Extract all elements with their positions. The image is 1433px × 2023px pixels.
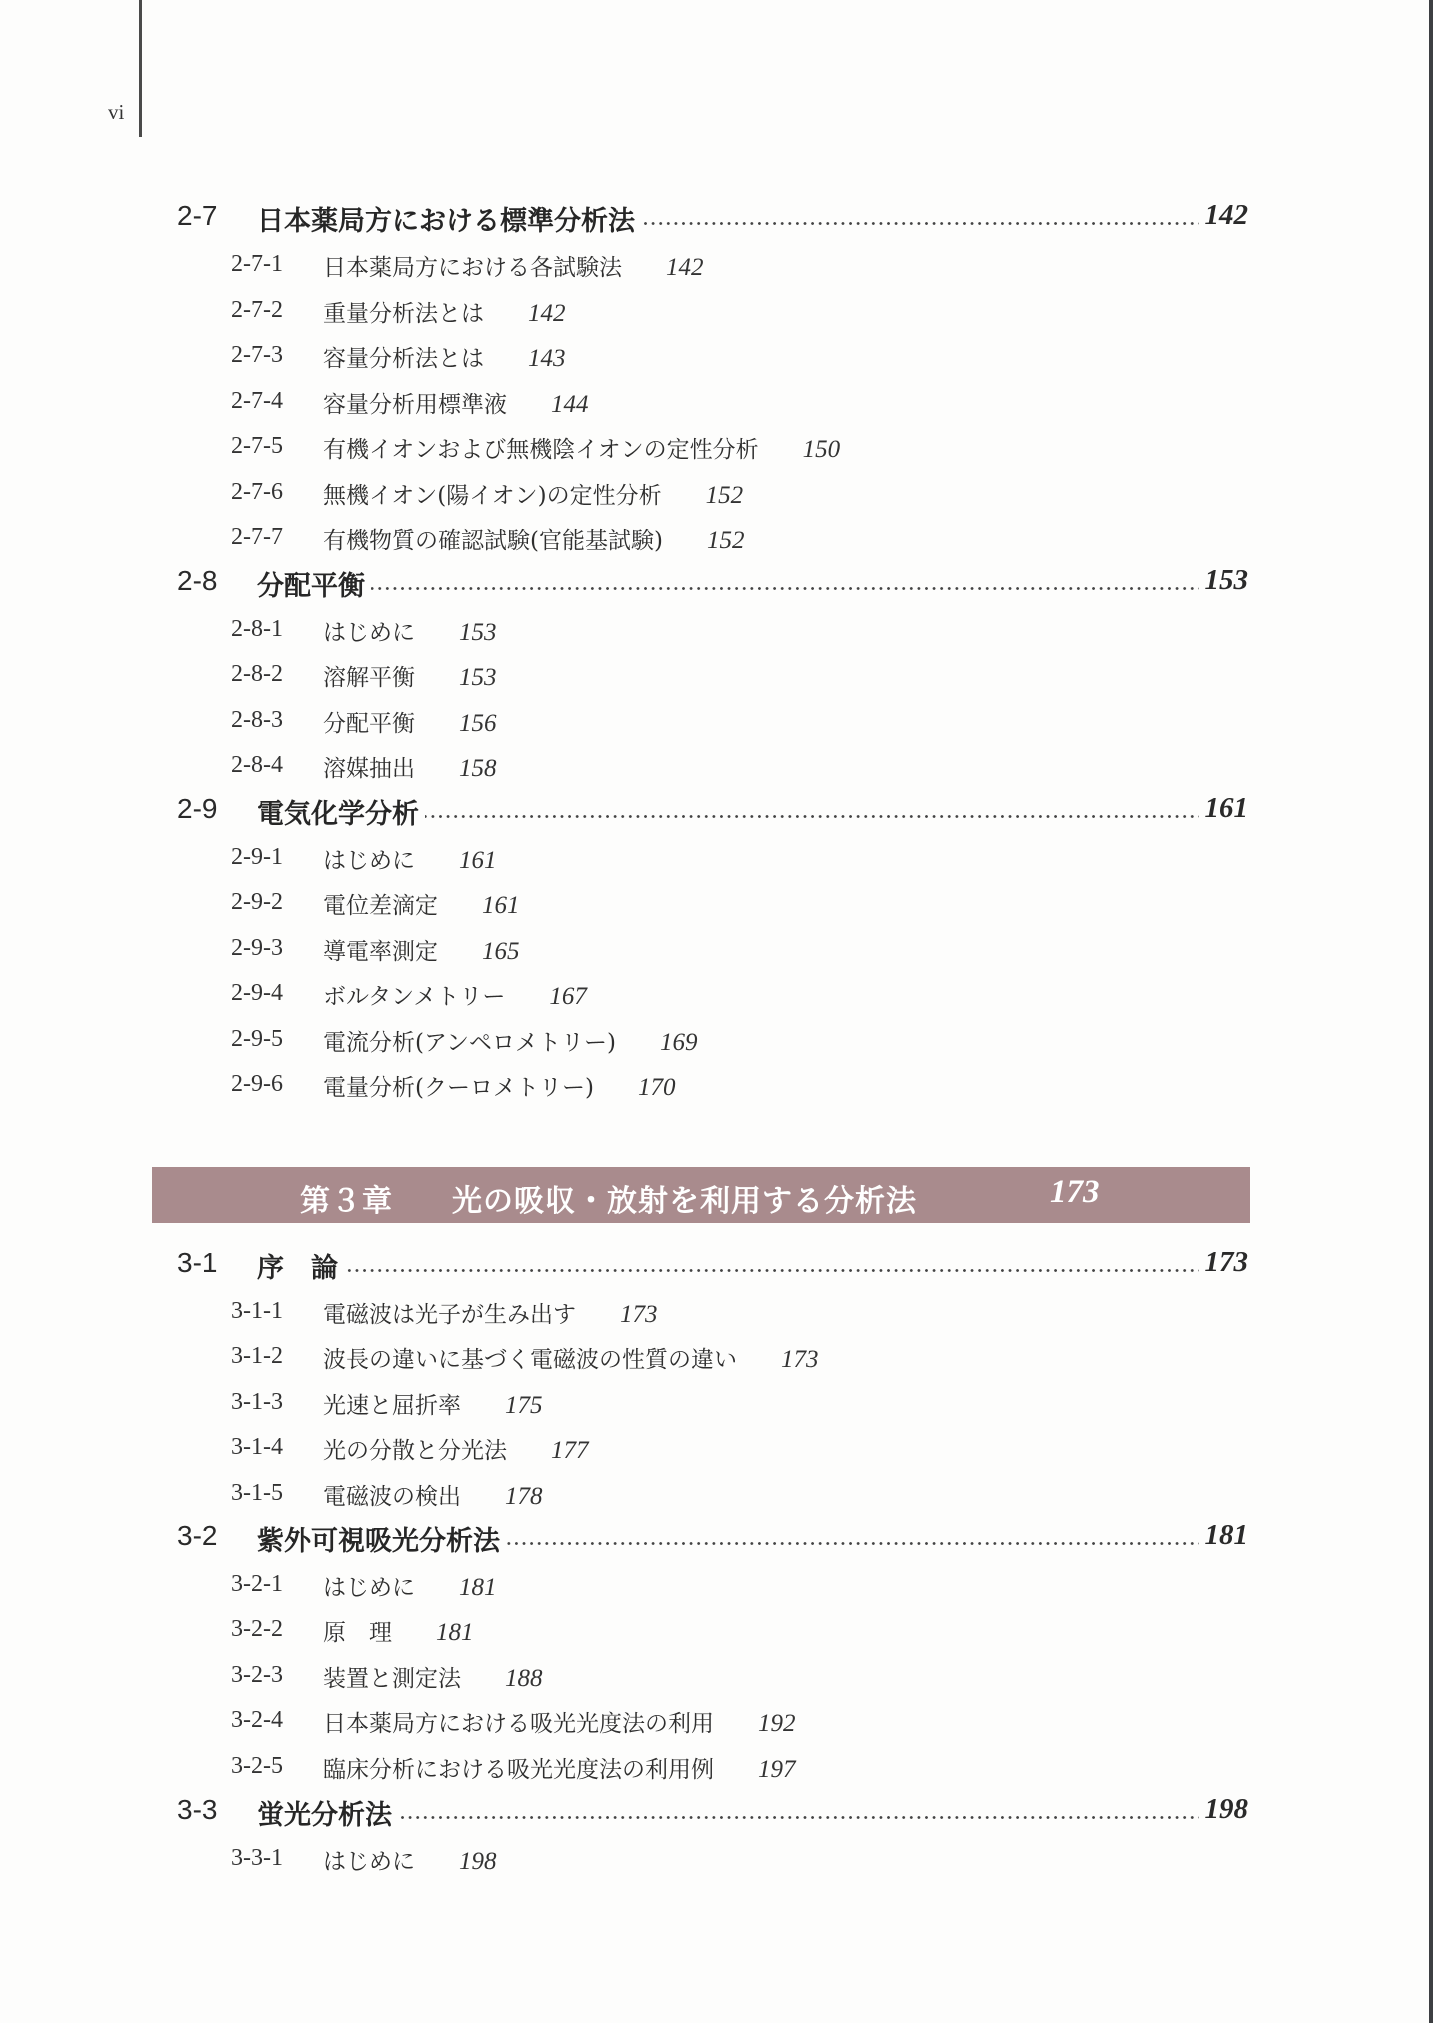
subsection-number: 2-9-1: [231, 844, 283, 871]
toc-subsection-entry[interactable]: 2-7-3容量分析法とは143: [0, 333, 1433, 379]
subsection-title: 分配平衡: [323, 711, 415, 737]
subsection-number: 3-1-5: [231, 1480, 283, 1507]
toc-subsection-entry[interactable]: 2-8-3分配平衡156: [0, 698, 1433, 744]
toc-section-entry[interactable]: 3-3蛍光分析法198: [0, 1790, 1433, 1836]
toc-subsection-entry[interactable]: 3-2-5臨床分析における吸光光度法の利用例197: [0, 1744, 1433, 1790]
dot-leader: [300, 1816, 1203, 1819]
subsection-number: 3-1-3: [231, 1389, 283, 1416]
subsection-title: 有機物質の確認試験(官能基試験): [323, 528, 663, 554]
toc-subsection-entry[interactable]: 2-9-5電流分析(アンペロメトリー)169: [0, 1017, 1433, 1063]
toc-subsection-entry[interactable]: 3-2-4日本薬局方における吸光光度法の利用192: [0, 1698, 1433, 1744]
subsection-title: ボルタンメトリー: [323, 984, 505, 1010]
section-page-number: 153: [1199, 564, 1249, 597]
toc-section-entry[interactable]: 2-7日本薬局方における標準分析法142: [0, 196, 1433, 242]
subsection-title: 電量分析(クーロメトリー): [323, 1075, 594, 1101]
subsection-title: 電流分析(アンペロメトリー): [323, 1030, 616, 1056]
toc-subsection-entry[interactable]: 2-8-2溶解平衡153: [0, 652, 1433, 698]
subsection-title: 原 理: [323, 1620, 392, 1646]
subsection-number: 3-2-1: [231, 1571, 283, 1598]
subsection-title: 波長の違いに基づく電磁波の性質の違い: [323, 1347, 737, 1373]
toc-subsection-entry[interactable]: 2-7-6無機イオン(陽イオン)の定性分析152: [0, 470, 1433, 516]
subsection-page-number: 161: [459, 847, 497, 874]
subsection-page-number: 167: [549, 983, 587, 1010]
subsection-title: 電磁波の検出: [323, 1484, 461, 1510]
subsection-page-number: 192: [758, 1710, 796, 1737]
section-number: 3-1: [177, 1247, 217, 1279]
toc-subsection-entry[interactable]: 3-2-3装置と測定法188: [0, 1653, 1433, 1699]
section-number: 2-7: [177, 200, 217, 232]
subsection-page-number: 178: [505, 1483, 543, 1510]
subsection-number: 2-9-3: [231, 935, 283, 962]
subsection-page-number: 170: [638, 1074, 676, 1101]
toc-subsection-entry[interactable]: 2-9-6電量分析(クーロメトリー)170: [0, 1062, 1433, 1108]
subsection-number: 2-8-1: [231, 616, 283, 643]
section-title: 蛍光分析法: [257, 1793, 398, 1832]
toc-subsection-entry[interactable]: 2-7-7有機物質の確認試験(官能基試験)152: [0, 515, 1433, 561]
toc-subsection-entry[interactable]: 2-7-5有機イオンおよび無機陰イオンの定性分析150: [0, 424, 1433, 470]
subsection-number: 3-2-5: [231, 1753, 283, 1780]
toc-subsection-entry[interactable]: 2-8-4溶媒抽出158: [0, 743, 1433, 789]
subsection-number: 2-8-3: [231, 707, 283, 734]
toc-section-entry[interactable]: 3-2紫外可視吸光分析法181: [0, 1516, 1433, 1562]
subsection-title: 電位差滴定: [323, 893, 438, 919]
subsection-title: 無機イオン(陽イオン)の定性分析: [323, 483, 662, 509]
section-page-number: 142: [1199, 199, 1249, 232]
subsection-page-number: 152: [706, 482, 744, 509]
subsection-title: はじめに: [323, 848, 415, 874]
subsection-title: 臨床分析における吸光光度法の利用例: [323, 1757, 714, 1783]
section-number: 3-2: [177, 1520, 217, 1552]
subsection-number: 3-1-1: [231, 1298, 283, 1325]
subsection-page-number: 198: [459, 1848, 497, 1875]
section-number: 3-3: [177, 1794, 217, 1826]
chapter-title: 光の吸収・放射を利用する分析法: [452, 1176, 917, 1220]
toc-subsection-entry[interactable]: 3-3-1はじめに198: [0, 1836, 1433, 1882]
section-page-number: 161: [1199, 792, 1249, 825]
subsection-number: 3-1-4: [231, 1434, 283, 1461]
subsection-number: 2-8-2: [231, 661, 283, 688]
subsection-title: 溶媒抽出: [323, 756, 415, 782]
section-number: 2-8: [177, 565, 217, 597]
subsection-title: 電磁波は光子が生み出す: [323, 1302, 576, 1328]
subsection-number: 2-7-2: [231, 297, 283, 324]
toc-section-entry[interactable]: 2-8分配平衡153: [0, 561, 1433, 607]
subsection-title: はじめに: [323, 1575, 415, 1601]
subsection-number: 2-7-6: [231, 479, 283, 506]
toc-subsection-entry[interactable]: 2-7-1日本薬局方における各試験法142: [0, 242, 1433, 288]
subsection-title: 日本薬局方における各試験法: [323, 255, 622, 281]
subsection-number: 2-7-5: [231, 433, 283, 460]
subsection-title: 重量分析法とは: [323, 301, 484, 327]
page-folio: vi: [108, 100, 124, 125]
section-page-number: 181: [1199, 1519, 1249, 1552]
section-number: 2-9: [177, 793, 217, 825]
dot-leader: [300, 815, 1203, 818]
subsection-number: 2-9-2: [231, 889, 283, 916]
subsection-number: 2-9-6: [231, 1071, 283, 1098]
subsection-title: 有機イオンおよび無機陰イオンの定性分析: [323, 437, 759, 463]
toc-subsection-entry[interactable]: 3-1-3光速と屈折率175: [0, 1380, 1433, 1426]
chapter-label: 第３章: [300, 1176, 393, 1220]
subsection-page-number: 169: [660, 1029, 698, 1056]
dot-leader: [300, 587, 1203, 590]
toc-subsection-entry[interactable]: 3-1-1電磁波は光子が生み出す173: [0, 1289, 1433, 1335]
subsection-number: 2-8-4: [231, 752, 283, 779]
subsection-title: 溶解平衡: [323, 665, 415, 691]
subsection-page-number: 181: [436, 1619, 474, 1646]
margin-rule: [139, 0, 142, 137]
subsection-number: 2-9-4: [231, 980, 283, 1007]
subsection-number: 3-1-2: [231, 1343, 283, 1370]
subsection-number: 2-7-7: [231, 524, 283, 551]
subsection-page-number: 181: [459, 1574, 497, 1601]
section-page-number: 198: [1199, 1793, 1249, 1826]
toc-subsection-entry[interactable]: 3-1-4光の分散と分光法177: [0, 1425, 1433, 1471]
subsection-title: はじめに: [323, 620, 415, 646]
subsection-title: 導電率測定: [323, 939, 438, 965]
section-title: 序 論: [257, 1246, 344, 1285]
toc-subsection-entry[interactable]: 2-9-4ボルタンメトリー167: [0, 971, 1433, 1017]
subsection-number: 2-7-3: [231, 342, 283, 369]
subsection-page-number: 143: [528, 345, 566, 372]
subsection-page-number: 150: [803, 436, 841, 463]
toc-subsection-entry[interactable]: 2-9-1はじめに161: [0, 835, 1433, 881]
subsection-page-number: 152: [707, 527, 745, 554]
subsection-number: 2-7-4: [231, 388, 283, 415]
subsection-page-number: 144: [551, 391, 589, 418]
subsection-title: 光速と屈折率: [323, 1393, 461, 1419]
subsection-title: 光の分散と分光法: [323, 1438, 507, 1464]
subsection-page-number: 197: [758, 1756, 796, 1783]
subsection-page-number: 161: [482, 892, 520, 919]
subsection-page-number: 142: [528, 300, 566, 327]
section-title: 紫外可視吸光分析法: [257, 1519, 506, 1558]
subsection-number: 3-2-4: [231, 1707, 283, 1734]
subsection-page-number: 156: [459, 710, 497, 737]
subsection-number: 3-2-3: [231, 1662, 283, 1689]
toc-section-entry[interactable]: 2-9電気化学分析161: [0, 789, 1433, 835]
toc-subsection-entry[interactable]: 2-9-2電位差滴定161: [0, 880, 1433, 926]
subsection-title: はじめに: [323, 1849, 415, 1875]
subsection-page-number: 158: [459, 755, 497, 782]
toc-subsection-entry[interactable]: 3-1-5電磁波の検出178: [0, 1471, 1433, 1517]
subsection-title: 容量分析法とは: [323, 346, 484, 372]
chapter-banner[interactable]: 第３章 光の吸収・放射を利用する分析法 173: [152, 1167, 1250, 1223]
subsection-page-number: 153: [459, 664, 497, 691]
subsection-number: 2-7-1: [231, 251, 283, 278]
subsection-title: 装置と測定法: [323, 1666, 461, 1692]
subsection-page-number: 173: [781, 1346, 819, 1373]
chapter-page-number: 173: [1050, 1174, 1100, 1211]
subsection-title: 日本薬局方における吸光光度法の利用: [323, 1711, 714, 1737]
subsection-number: 2-9-5: [231, 1026, 283, 1053]
toc-subsection-entry[interactable]: 2-7-4容量分析用標準液144: [0, 379, 1433, 425]
subsection-page-number: 165: [482, 938, 520, 965]
toc-section-entry[interactable]: 3-1序 論173: [0, 1243, 1433, 1289]
toc-subsection-entry[interactable]: 2-8-1はじめに153: [0, 607, 1433, 653]
subsection-page-number: 175: [505, 1392, 543, 1419]
dot-leader: [300, 1269, 1203, 1272]
toc-subsection-entry[interactable]: 3-2-2原 理181: [0, 1607, 1433, 1653]
subsection-page-number: 153: [459, 619, 497, 646]
subsection-page-number: 142: [666, 254, 704, 281]
subsection-title: 容量分析用標準液: [323, 392, 507, 418]
subsection-number: 3-3-1: [231, 1845, 283, 1872]
section-page-number: 173: [1199, 1246, 1249, 1279]
subsection-number: 3-2-2: [231, 1616, 283, 1643]
toc-subsection-entry[interactable]: 3-1-2波長の違いに基づく電磁波の性質の違い173: [0, 1334, 1433, 1380]
toc-subsection-entry[interactable]: 2-9-3導電率測定165: [0, 926, 1433, 972]
toc-subsection-entry[interactable]: 2-7-2重量分析法とは142: [0, 288, 1433, 334]
subsection-page-number: 188: [505, 1665, 543, 1692]
section-title: 電気化学分析: [257, 792, 425, 831]
subsection-page-number: 173: [620, 1301, 658, 1328]
section-title: 日本薬局方における標準分析法: [257, 199, 641, 238]
section-title: 分配平衡: [257, 564, 371, 603]
subsection-page-number: 177: [551, 1437, 589, 1464]
toc-subsection-entry[interactable]: 3-2-1はじめに181: [0, 1562, 1433, 1608]
